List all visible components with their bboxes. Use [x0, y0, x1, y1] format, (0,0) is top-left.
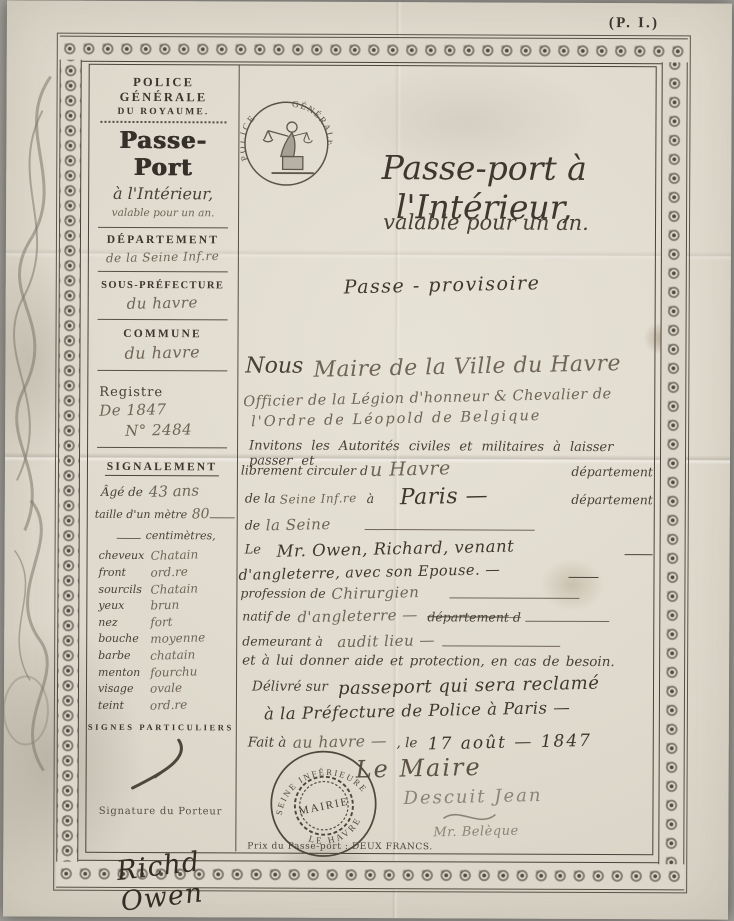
travel-line1-suffix: département — [571, 464, 653, 479]
blank-rule — [525, 606, 609, 623]
travel-line1: librement circuler d u Havre département — [241, 457, 653, 481]
trait-row: menton fourchu — [88, 664, 234, 681]
fait-hand-b: 17 août — 1847 — [427, 731, 592, 755]
left-column: POLICE GÉNÉRALE DU ROYAUME. Passe-Port à… — [87, 66, 237, 914]
demeurant-printed: demeurant à — [242, 634, 323, 649]
trait-label: nez — [98, 616, 150, 629]
natif-hand: d'angleterre — — [297, 606, 418, 627]
travel-line1-hand: u Havre — [370, 457, 451, 481]
bearer-line2: d'angleterre, avec son Epouse. — — [238, 560, 598, 582]
trait-value: brun — [150, 598, 179, 613]
sidebar-doc-title: Passe-Port — [90, 127, 236, 182]
passport-page: (P. I.) POLICE GÉNÉRALE DU ROYAUME. Pass… — [3, 0, 732, 919]
issuer-hand: Maire de la Ville du Havre — [313, 351, 621, 383]
trait-value: ord.re — [150, 565, 188, 580]
price-note: Prix du Passe-port : DEUX FRANCS. — [247, 841, 433, 852]
seal-text-generale: GÉNÉRALE — [291, 99, 332, 147]
trait-value: ovale — [150, 681, 183, 696]
trait-row: bouche moyenne — [88, 631, 234, 648]
sidebar-header-line1: POLICE GÉNÉRALE — [91, 75, 237, 106]
departement-value: de la Seine Inf.re — [106, 249, 220, 265]
seal-text-police: POLICE — [240, 112, 258, 162]
sidebar-header-line2: DU ROYAUME. — [90, 107, 236, 118]
trait-row: barbe chatain — [88, 648, 234, 665]
sous-prefecture-value: du havre — [127, 293, 199, 313]
travel-line3-printed: de — [245, 518, 260, 533]
signalement-title: SIGNALEMENT — [105, 461, 220, 476]
bearer-line1-printed: Le — [245, 543, 261, 558]
marks-label: SIGNES PARTICULIERS — [88, 722, 234, 733]
provisional-annotation: Passe - provisoire — [344, 272, 541, 298]
age-label: Âgé de — [101, 485, 143, 499]
corner-mark: (P. I.) — [609, 15, 659, 32]
mayor-signature: Descuit Jean — [403, 785, 542, 809]
trait-row: teint ord.re — [88, 698, 234, 715]
trait-label: sourcils — [98, 582, 150, 595]
sidebar-doc-validity: valable pour un an. — [90, 207, 236, 220]
trait-row: nez fort — [88, 615, 234, 632]
profession-line: profession de Chirurgien — [240, 581, 579, 603]
trait-value: fourchu — [150, 664, 198, 679]
natif-suffix: département d — [427, 609, 521, 624]
delivre-hand1: passeport qui sera reclamé — [338, 673, 600, 700]
svg-text:POLICE: POLICE — [240, 112, 258, 162]
bearer-signature-label: Signature du Porteur — [87, 806, 233, 818]
trait-row: sourcils Chatain — [88, 581, 234, 598]
trait-label: teint — [98, 699, 150, 712]
particular-marks-flourish — [121, 736, 201, 794]
travel-line1-printed: librement circuler d — [241, 462, 368, 478]
travel-line2-printed-a: de la — [245, 490, 276, 505]
issuer-line1: Nous Maire de la Ville du Havre — [245, 353, 621, 380]
traits-list: cheveux Chatain front ord.re sourcils Ch… — [88, 548, 235, 715]
height-label: taille d'un mètre — [95, 508, 187, 521]
main-subtitle: valable pour un an. — [336, 210, 636, 235]
trait-value: ord.re — [150, 697, 188, 712]
trait-label: barbe — [98, 649, 150, 662]
trait-row: yeux brun — [88, 598, 234, 615]
bearer-signature: Richd Owen — [84, 843, 236, 921]
trait-label: bouche — [98, 632, 150, 645]
delivre-line1: Délivré sur passeport qui sera reclamé — [252, 674, 599, 697]
profession-hand: Chirurgien — [332, 583, 420, 603]
height-value: 80 — [192, 506, 210, 523]
blank-rule — [365, 514, 535, 531]
travel-line2-hand-b: Paris — — [400, 483, 489, 510]
trait-value: fort — [150, 615, 173, 630]
travel-line2-printed-b: à — [367, 491, 375, 506]
trait-label: front — [98, 566, 150, 579]
trait-label: menton — [98, 665, 150, 678]
trait-value: Chatain — [150, 581, 198, 596]
issuer-printed: Nous — [245, 353, 303, 378]
register-value-number: N° 2484 — [125, 420, 192, 439]
blank-rule — [450, 582, 580, 599]
commune-label: COMMUNE — [90, 328, 236, 341]
natif-line: natif de d'angleterre — département d — [242, 604, 609, 626]
trait-label: visage — [98, 682, 150, 695]
travel-line2-hand-a: Seine Inf.re — [280, 491, 357, 507]
border-band-left — [56, 60, 81, 862]
photo-of-passport: { "colors": { "paper": "#ded9cc", "print… — [0, 0, 734, 921]
trait-row: front ord.re — [88, 565, 234, 582]
blank-rule — [625, 539, 653, 555]
bearer-line1-hand: Mr. Owen, Richard, venant — [277, 537, 515, 561]
departement-label: DÉPARTEMENT — [90, 234, 236, 247]
natif-printed: natif de — [242, 609, 291, 624]
blank-rule — [210, 502, 235, 518]
blank-rule — [117, 523, 141, 539]
sous-prefecture-label: SOUS-PRÉFECTURE — [90, 280, 236, 292]
blank-rule — [443, 630, 561, 647]
register-value-year: De 1847 — [99, 400, 167, 419]
trait-row: visage ovale — [88, 681, 234, 698]
svg-text:GÉNÉRALE: GÉNÉRALE — [291, 99, 332, 147]
trait-label: yeux — [98, 599, 150, 612]
trait-value: chatain — [150, 647, 196, 662]
travel-line3-hand: la Seine — [266, 515, 331, 534]
border-band-top — [60, 36, 688, 65]
deputy-signature: Mr. Belèque — [433, 824, 519, 841]
fait-printed-b: , le — [396, 735, 417, 751]
trait-value: moyenne — [150, 631, 205, 647]
commune-value: du havre — [124, 342, 200, 363]
travel-line2-suffix: département — [571, 492, 653, 507]
travel-line2: de la Seine Inf.re à Paris — département — [245, 483, 653, 510]
sidebar-doc-subtitle: à l'Intérieur, — [90, 184, 236, 204]
register-label: Registre — [99, 385, 163, 400]
age-value: 43 ans — [149, 481, 200, 501]
delivre-printed: Délivré sur — [252, 678, 328, 694]
profession-printed: profession de — [240, 586, 325, 601]
trait-label: cheveux — [99, 549, 151, 562]
demeurant-line: demeurant à audit lieu — — [242, 629, 560, 651]
protection-line: et à lui donner aide et protection, en c… — [242, 652, 615, 670]
demeurant-hand: audit lieu — — [337, 631, 435, 651]
stamp-text-center: MAIRIE — [298, 795, 350, 817]
bearer-line1: Le Mr. Owen, Richard, venant — [245, 537, 653, 559]
travel-line3: de la Seine — [245, 513, 535, 534]
height-unit: centimètres, — [146, 529, 216, 542]
trait-value: Chatain — [150, 548, 198, 563]
blank-rule — [568, 562, 598, 578]
trait-row: cheveux Chatain — [89, 548, 235, 565]
